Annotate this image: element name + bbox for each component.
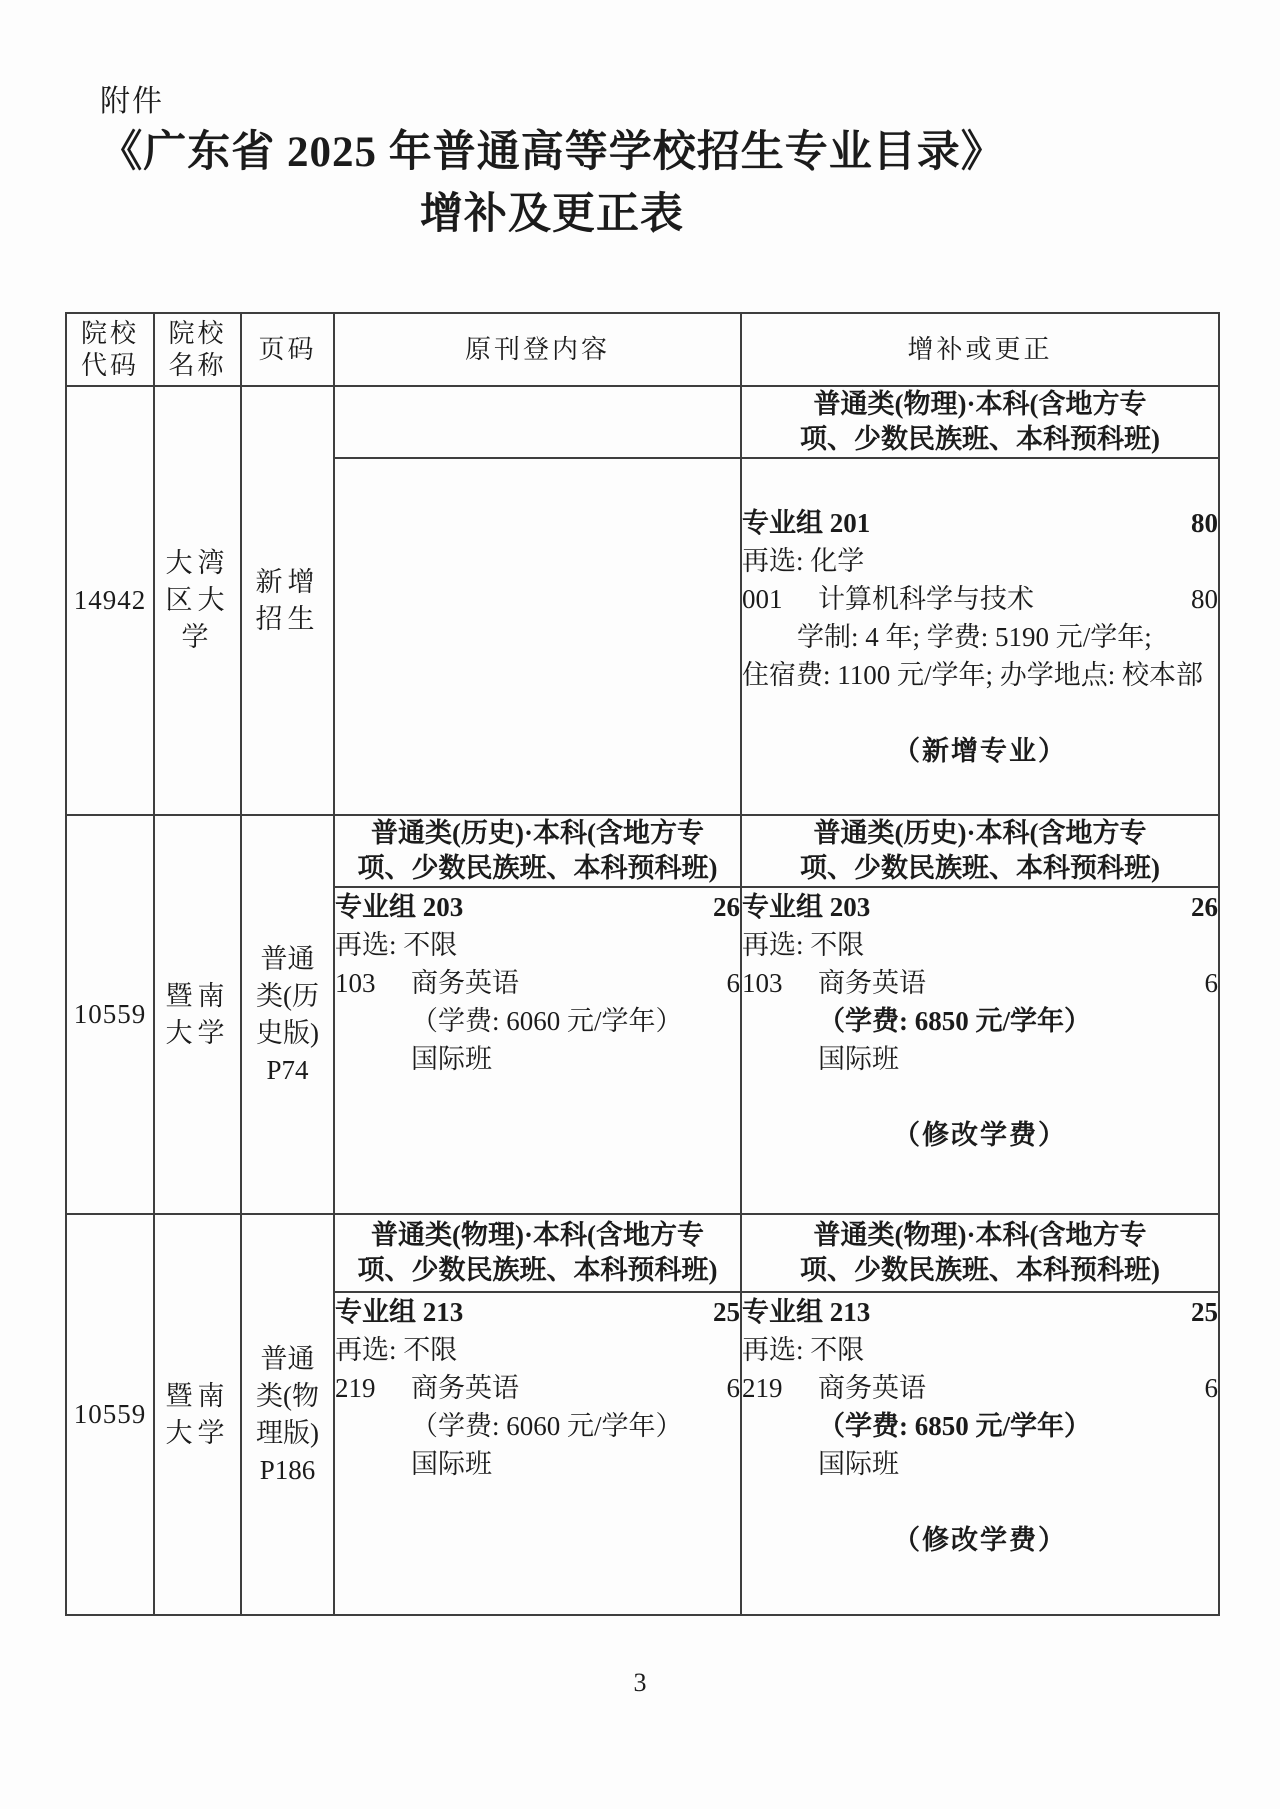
group-line: 专业组 213 25 — [335, 1293, 740, 1331]
fee-line: （学费: 6060 元/学年） — [411, 1407, 740, 1445]
major-code: 001 — [742, 580, 818, 618]
header-page-ref: 页码 — [241, 313, 334, 386]
original-category: 普通类(历史)·本科(含地方专 项、少数民族班、本科预科班) — [334, 815, 741, 887]
correction-note: （修改学费） — [742, 1116, 1218, 1154]
table-row: 10559 暨南 大学 普通 类(物 理版) P186 普通类(物理)·本科(含… — [66, 1214, 1219, 1292]
correction-content: 专业组 201 80 再选: 化学 001 计算机科学与技术 80 学制: 4 … — [741, 458, 1219, 815]
institution-name: 暨南 大学 — [154, 815, 241, 1214]
group-line: 专业组 213 25 — [742, 1293, 1218, 1331]
header-institution-code: 院校 代码 — [66, 313, 154, 386]
group-count: 25 — [1191, 1293, 1218, 1331]
fee-line: （学费: 6060 元/学年） — [411, 1002, 740, 1040]
group-line: 专业组 203 26 — [335, 888, 740, 926]
header-original-content: 原刊登内容 — [334, 313, 741, 386]
attachment-label: 附件 — [100, 76, 164, 120]
major-code: 219 — [335, 1369, 411, 1407]
major-line: 001 计算机科学与技术 80 — [742, 580, 1218, 618]
major-name: 商务英语 — [411, 1369, 727, 1407]
major-name: 商务英语 — [411, 964, 727, 1002]
correction-category: 普通类(历史)·本科(含地方专 项、少数民族班、本科预科班) — [741, 815, 1219, 887]
document-page: 附件 《广东省 2025 年普通高等学校招生专业目录》 增补及更正表 院校 代码… — [0, 0, 1280, 1809]
original-category: 普通类(物理)·本科(含地方专 项、少数民族班、本科预科班) — [334, 1214, 741, 1292]
major-line: 219 商务英语 6 — [742, 1369, 1218, 1407]
group-label: 专业组 203 — [742, 888, 870, 926]
page-ref: 新增 招生 — [241, 386, 334, 815]
title-line-2: 增补及更正表 — [0, 184, 1104, 246]
major-count: 6 — [727, 964, 741, 1002]
group-count: 26 — [1191, 888, 1218, 926]
page-number: 3 — [0, 1668, 1280, 1698]
major-name: 商务英语 — [818, 1369, 1205, 1407]
major-count: 6 — [1205, 964, 1219, 1002]
group-line: 专业组 203 26 — [742, 888, 1218, 926]
original-content-empty — [334, 458, 741, 815]
institution-name: 大湾 区大 学 — [154, 386, 241, 815]
group-count: 25 — [713, 1293, 740, 1331]
major-count: 80 — [1191, 580, 1218, 618]
header-correction: 增补或更正 — [741, 313, 1219, 386]
table-header-row: 院校 代码 院校 名称 页码 原刊登内容 增补或更正 — [66, 313, 1219, 386]
major-code: 219 — [742, 1369, 818, 1407]
group-label: 专业组 213 — [742, 1293, 870, 1331]
major-line: 103 商务英语 6 — [335, 964, 740, 1002]
original-category-empty — [334, 386, 741, 458]
group-label: 专业组 201 — [742, 504, 870, 542]
group-label: 专业组 203 — [335, 888, 463, 926]
class-type-line: 国际班 — [411, 1040, 740, 1078]
class-type-line: 国际班 — [818, 1445, 1218, 1483]
major-code: 103 — [742, 964, 818, 1002]
detail-line: 学制: 4 年; 学费: 5190 元/学年; 住宿费: 1100 元/学年; … — [742, 618, 1218, 694]
institution-code: 10559 — [66, 815, 154, 1214]
class-type-line: 国际班 — [411, 1445, 740, 1483]
major-line: 103 商务英语 6 — [742, 964, 1218, 1002]
original-content: 专业组 213 25 再选: 不限 219 商务英语 6 （学费: 6060 元… — [334, 1292, 741, 1615]
major-code: 103 — [335, 964, 411, 1002]
class-type-line: 国际班 — [818, 1040, 1218, 1078]
correction-category: 普通类(物理)·本科(含地方专 项、少数民族班、本科预科班) — [741, 1214, 1219, 1292]
reselect-line: 再选: 化学 — [742, 542, 1218, 580]
fee-line: （学费: 6850 元/学年） — [818, 1002, 1218, 1040]
correction-table: 院校 代码 院校 名称 页码 原刊登内容 增补或更正 14942 大湾 区大 学… — [65, 312, 1220, 1616]
major-count: 6 — [1205, 1369, 1219, 1407]
institution-code: 10559 — [66, 1214, 154, 1615]
table-row: 10559 暨南 大学 普通 类(历 史版) P74 普通类(历史)·本科(含地… — [66, 815, 1219, 887]
group-count: 80 — [1191, 504, 1218, 542]
major-count: 6 — [727, 1369, 741, 1407]
reselect-line: 再选: 不限 — [335, 1331, 740, 1369]
reselect-line: 再选: 不限 — [742, 926, 1218, 964]
table-row: 14942 大湾 区大 学 新增 招生 普通类(物理)·本科(含地方专 项、少数… — [66, 386, 1219, 458]
group-label: 专业组 213 — [335, 1293, 463, 1331]
group-count: 26 — [713, 888, 740, 926]
reselect-line: 再选: 不限 — [335, 926, 740, 964]
major-name: 商务英语 — [818, 964, 1205, 1002]
header-institution-name: 院校 名称 — [154, 313, 241, 386]
group-line: 专业组 201 80 — [742, 504, 1218, 542]
page-ref: 普通 类(历 史版) P74 — [241, 815, 334, 1214]
major-line: 219 商务英语 6 — [335, 1369, 740, 1407]
document-title: 《广东省 2025 年普通高等学校招生专业目录》 增补及更正表 — [0, 122, 1104, 246]
correction-content: 专业组 213 25 再选: 不限 219 商务英语 6 （学费: 6850 元… — [741, 1292, 1219, 1615]
reselect-line: 再选: 不限 — [742, 1331, 1218, 1369]
institution-code: 14942 — [66, 386, 154, 815]
original-content: 专业组 203 26 再选: 不限 103 商务英语 6 （学费: 6060 元… — [334, 887, 741, 1214]
page-ref: 普通 类(物 理版) P186 — [241, 1214, 334, 1615]
correction-note: （修改学费） — [742, 1521, 1218, 1559]
correction-category: 普通类(物理)·本科(含地方专 项、少数民族班、本科预科班) — [741, 386, 1219, 458]
fee-line: （学费: 6850 元/学年） — [818, 1407, 1218, 1445]
major-name: 计算机科学与技术 — [818, 580, 1191, 618]
institution-name: 暨南 大学 — [154, 1214, 241, 1615]
correction-note: （新增专业） — [742, 732, 1218, 770]
title-line-1: 《广东省 2025 年普通高等学校招生专业目录》 — [0, 122, 1104, 184]
correction-content: 专业组 203 26 再选: 不限 103 商务英语 6 （学费: 6850 元… — [741, 887, 1219, 1214]
